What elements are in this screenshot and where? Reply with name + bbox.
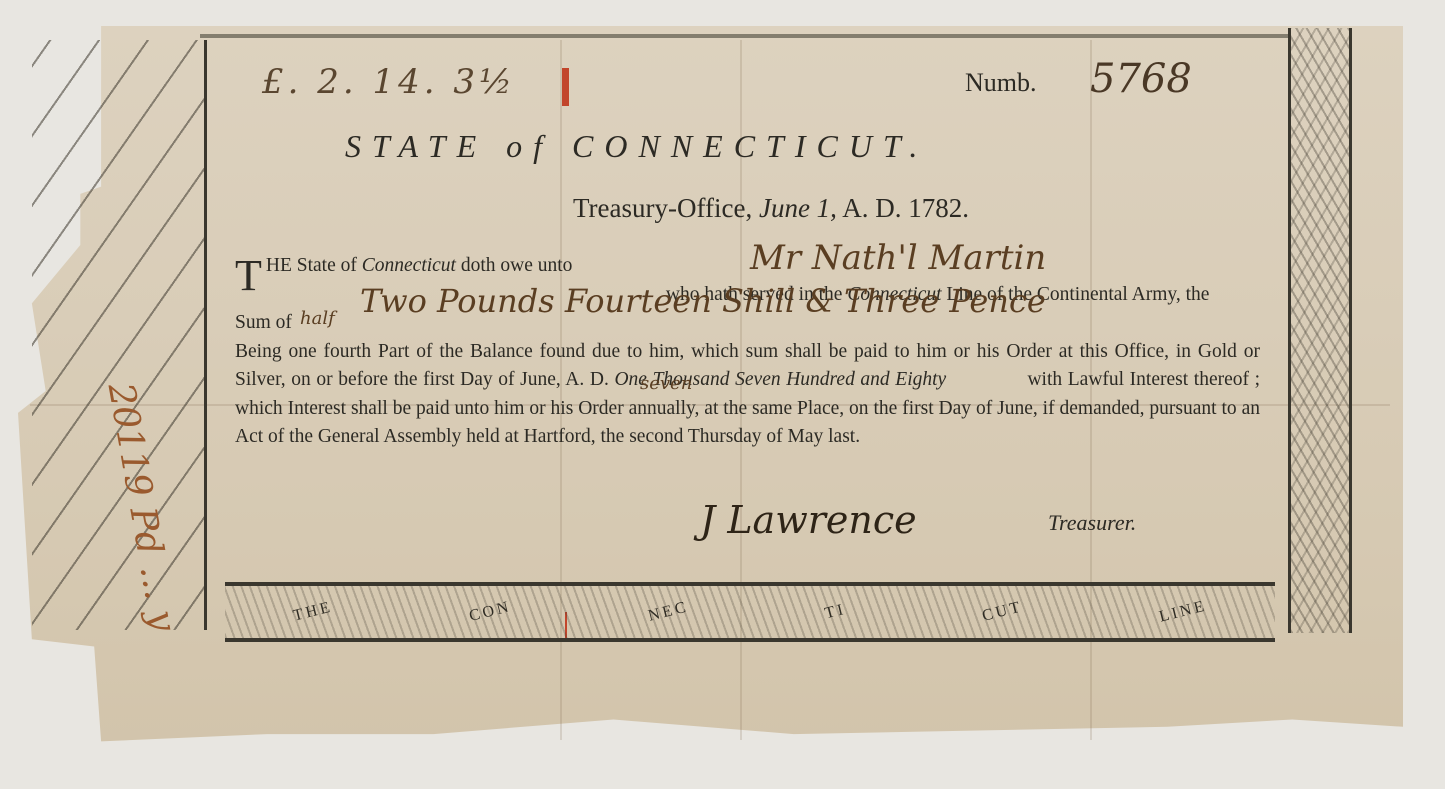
body-line1b: doth owe unto: [456, 255, 572, 276]
body-sum-of: Sum of: [235, 312, 292, 333]
left-ornamental-border: [32, 40, 207, 630]
band-word: CUT: [980, 598, 1024, 625]
amount-heading: £. 2. 14. 3½: [262, 62, 516, 102]
document-title: STATE of CONNECTICUT.: [345, 128, 928, 165]
top-border-rule: [200, 34, 1290, 38]
red-ink-mark: [562, 68, 569, 106]
dateline: Treasury-Office, June 1, A. D. 1782.: [573, 193, 969, 224]
connecticut-line-band: THE CON NEC TI CUT LINE: [225, 582, 1275, 642]
handwritten-half: half: [300, 308, 335, 329]
body-line1a: HE State of: [266, 255, 362, 276]
handwritten-payee: Mr Nath'l Martin: [750, 238, 1046, 278]
treasurer-label: Treasurer.: [1048, 510, 1136, 536]
dateline-year: A. D. 1782.: [842, 193, 969, 223]
body-line1-italic: Connecticut: [362, 255, 456, 276]
dateline-date: June 1,: [759, 193, 837, 223]
band-word: THE: [291, 598, 334, 625]
number-label: Numb.: [965, 68, 1037, 98]
band-word: TI: [823, 601, 848, 624]
treasurer-signature: J Lawrence: [700, 498, 917, 542]
number-value: 5768: [1090, 56, 1192, 102]
handwritten-year-fill: seven: [640, 373, 692, 394]
dateline-office: Treasury-Office,: [573, 193, 752, 223]
handwritten-sum: Two Pounds Fourteen Shill & Three Pence: [360, 282, 1046, 320]
band-word: CON: [467, 598, 513, 626]
drop-cap: T: [235, 256, 262, 296]
right-ornamental-border: [1288, 28, 1352, 633]
band-word: LINE: [1157, 597, 1208, 626]
band-word: NEC: [646, 598, 690, 625]
